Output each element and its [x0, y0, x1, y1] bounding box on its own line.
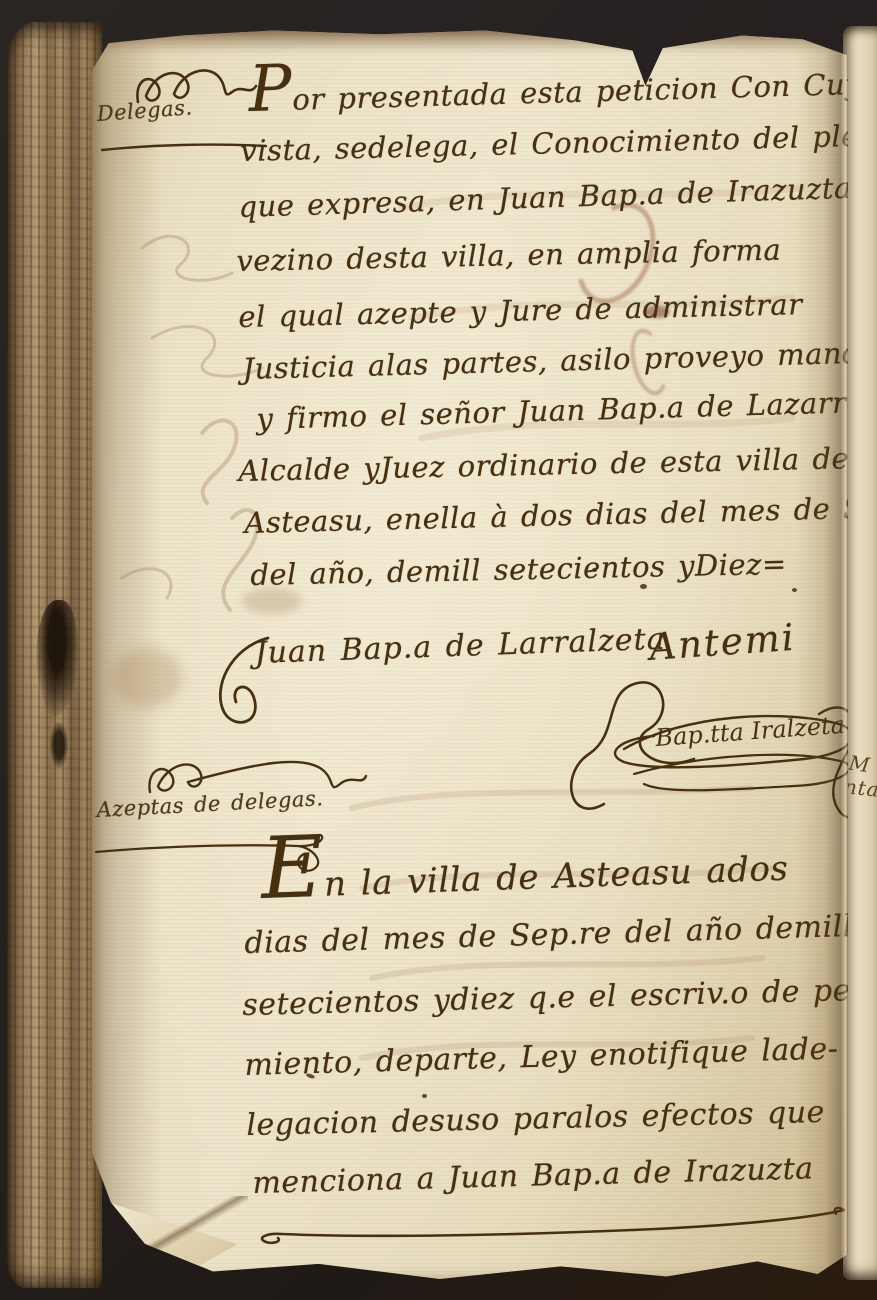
aged-top-edge [92, 28, 848, 54]
manuscript-page: Delegas. Por presentada esta peticion Co… [92, 28, 848, 1284]
ink-speck [640, 584, 647, 589]
notification-line: menciona a Juan Bap.a de Irazuzta [252, 1151, 814, 1201]
next-page-edge: M nta [843, 26, 877, 1280]
ink-blot-on-edge-small [50, 722, 68, 768]
next-page-text-fragment: M [847, 751, 872, 778]
decree-line: Por presentada esta peticion Con Cuya [248, 50, 877, 118]
closing-flourish-rule [252, 1204, 852, 1248]
page-curl-shadow [796, 28, 848, 1284]
book-fore-edge [6, 22, 102, 1288]
paper-stain [112, 648, 182, 708]
notification-line: legacion desuso paralos efectos que [246, 1095, 825, 1143]
manuscript-photograph: M nta [0, 0, 877, 1300]
ink-speck [422, 1094, 427, 1098]
ink-blot-on-edge [36, 600, 78, 716]
fold-crease [98, 1196, 248, 1276]
